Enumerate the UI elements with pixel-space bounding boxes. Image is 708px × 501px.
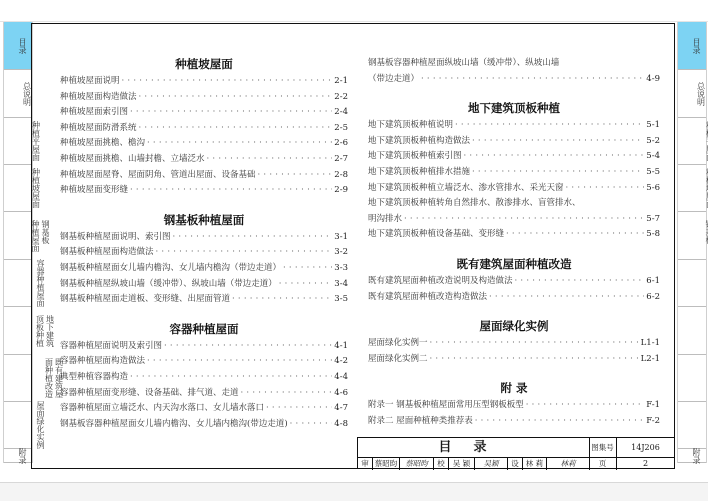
signature-row: 审核 蔡昭昀 蔡昭昀 校对 吴 颖 吴颖 设计 林 莉 林莉	[358, 457, 590, 470]
entry-text: 钢基板容器种植屋面女儿墙内檐沟、女儿墙内檐沟(带边走道)	[60, 417, 288, 433]
toc-entry[interactable]: 种植坡屋面构造做法2-2	[60, 90, 348, 106]
toc-entry[interactable]: 典型种植容器构造4-4	[60, 370, 348, 386]
entry-page: 3-4	[334, 277, 348, 293]
entry-page: 5-8	[646, 227, 660, 243]
check-label: 校对	[434, 457, 449, 470]
entry-page: L2-1	[641, 352, 660, 368]
entry-text: 钢基板种植屋面女儿墙内檐沟、女儿墙内檐沟（带边走道）	[60, 261, 281, 277]
toc-right-column: 钢基板容器种植屋面纵坡山墙（缓冲带）、纵坡山墙 （带边走道） 4-9 地下建筑顶…	[368, 56, 660, 430]
entry-page: 6-2	[646, 290, 660, 306]
entry-text: 地下建筑顶板种植构造做法	[368, 134, 470, 150]
entry-text: 钢基板容器种植屋面纵坡山墙（缓冲带）、纵坡山墙	[368, 56, 559, 72]
entry-page: 3-5	[334, 292, 348, 308]
toc-entry[interactable]: 种植坡屋面说明2-1	[60, 74, 348, 90]
entry-text: 钢基板种植屋面构造做法	[60, 245, 154, 261]
toc-entry[interactable]: 地下建筑顶板种植说明5-1	[368, 118, 660, 134]
entry-text: 容器种植屋面说明及索引图	[60, 339, 162, 355]
top-margin	[0, 0, 708, 22]
toc-entry[interactable]: 种植坡屋面挑檐、山墙封檐、立墙泛水2-7	[60, 152, 348, 168]
entry-text: 地下建筑顶板种植设备基础、变形缝	[368, 227, 504, 243]
leader-dots	[283, 261, 332, 277]
side-tab-general[interactable]: 总说明	[678, 70, 706, 118]
entry-text: 附录二 屋面种植种类推荐表	[368, 414, 473, 430]
entry-text: 种植坡屋面构造做法	[60, 90, 137, 106]
side-tab-examples[interactable]: 屋面绿化实例	[678, 402, 706, 449]
side-tab-contents[interactable]: 目录	[678, 22, 706, 70]
toc-entry[interactable]: 种植坡屋面挑檐、檐沟2-6	[60, 136, 348, 152]
bottom-margin	[0, 482, 708, 501]
entry-page: 2-4	[334, 105, 348, 121]
leader-dots	[506, 227, 644, 243]
entry-text: 地下建筑顶板种植立墙泛水、渗水管排水、采光天窗	[368, 181, 564, 197]
entry-text: 容器种植屋面构造做法	[60, 354, 145, 370]
entry-page: 5-6	[646, 181, 660, 197]
entry-page: F-1	[646, 398, 660, 414]
checker-name: 吴 颖	[449, 457, 475, 470]
leader-dots	[130, 105, 332, 121]
toc-entry[interactable]: 钢基板容器种植屋面女儿墙内檐沟、女儿墙内檐沟(带边走道)4-8	[60, 417, 348, 433]
side-tab-label: 附录	[692, 448, 701, 464]
entry-text: 容器种植屋面变形缝、设备基础、排气道、走道	[60, 386, 239, 402]
entry-text: 屋面绿化实例二	[368, 352, 428, 368]
design-label: 设计	[508, 457, 523, 470]
entry-text: 典型种植容器构造	[60, 370, 128, 386]
section-title: 地下建筑顶板种植	[368, 100, 660, 116]
side-tab-general[interactable]: 总说明	[4, 70, 32, 118]
toc-entry[interactable]: 附录二 屋面种植种类推荐表F-2	[368, 414, 660, 430]
entry-page: 4-7	[334, 401, 348, 417]
entry-text: 钢基板种植屋面走道板、变形缝、出屋面管道	[60, 292, 230, 308]
leader-dots	[464, 149, 645, 165]
entry-text: 地下建筑顶板种植索引图	[368, 149, 462, 165]
toc-entry[interactable]: 地下建筑顶板种植构造做法5-2	[368, 134, 660, 150]
leader-dots	[455, 118, 644, 134]
entry-page: 2-5	[334, 121, 348, 137]
leader-dots	[139, 121, 333, 137]
leader-dots	[489, 290, 644, 306]
checker-signature: 吴颖	[475, 457, 508, 470]
leader-dots	[139, 90, 333, 106]
leader-dots	[472, 165, 644, 181]
section-title: 容器种植屋面	[60, 321, 348, 337]
leader-dots	[147, 354, 332, 370]
section-title: 附 录	[368, 380, 660, 396]
side-tab-label: 目录	[692, 38, 701, 54]
entry-page: 4-4	[334, 370, 348, 386]
entry-page: 5-5	[646, 165, 660, 181]
leader-dots	[290, 417, 333, 433]
left-tab-strip: 目录总说明种植平屋面种植坡屋面钢基板种植屋面容器种植屋面地下建筑顶板种植既有建筑…	[3, 22, 33, 463]
side-tab-label: 总说明	[697, 82, 706, 106]
leader-dots	[472, 134, 644, 150]
leader-dots	[122, 74, 333, 90]
title-block: 目录 审核 蔡昭昀 蔡昭昀 校对 吴 颖 吴颖 设计 林 莉 林莉 图集号 14…	[357, 437, 675, 469]
toc-entry[interactable]: 地下建筑顶板种植排水措施5-5	[368, 165, 660, 181]
entry-page: 2-9	[334, 183, 348, 199]
toc-entry[interactable]: 既有建筑屋面种植改造说明及构造做法6-1	[368, 274, 660, 290]
section-title: 种植坡屋面	[60, 56, 348, 72]
designer-signature: 林莉	[547, 457, 589, 470]
side-tab-flat-roof[interactable]: 种植平屋面	[678, 118, 706, 165]
toc-entry[interactable]: 明沟排水5-7	[368, 212, 660, 228]
atlas-number-label: 图集号	[589, 438, 617, 458]
entry-page: 4-6	[334, 386, 348, 402]
side-tab-contents[interactable]: 目录	[4, 22, 32, 70]
reviewer-signature: 蔡昭昀	[400, 457, 434, 470]
entry-page: 3-3	[334, 261, 348, 277]
side-tab-label: 附录	[18, 448, 27, 464]
entry-text: 地下建筑顶板种植转角自然排水、散渗排水、盲管排水、	[368, 196, 581, 212]
leader-dots	[147, 136, 332, 152]
leader-dots	[515, 274, 645, 290]
leader-dots	[404, 212, 644, 228]
sheet-title: 目录	[358, 438, 590, 458]
entry-page: 5-1	[646, 118, 660, 134]
toc-entry[interactable]: 屋面绿化实例二L2-1	[368, 352, 660, 368]
entry-text: 既有建筑屋面种植改造构造做法	[368, 290, 487, 306]
side-tab-examples[interactable]: 屋面绿化实例	[4, 402, 32, 449]
entry-text: 种植坡屋面挑檐、檐沟	[60, 136, 145, 152]
entry-page: 4-9	[646, 72, 660, 88]
toc-entry[interactable]: 既有建筑屋面种植改造构造做法6-2	[368, 290, 660, 306]
entry-page: F-2	[646, 414, 660, 430]
leader-dots	[241, 386, 333, 402]
entry-text: 既有建筑屋面种植改造说明及构造做法	[368, 274, 513, 290]
entry-page: 5-4	[646, 149, 660, 165]
side-tab-appendix[interactable]: 附录	[4, 449, 32, 463]
toc-entry[interactable]: 钢基板种植屋纵坡山墙（缓冲带）、纵坡山墙（带边走道）3-4	[60, 277, 348, 293]
section-title: 钢基板种植屋面	[60, 212, 348, 228]
entry-text: 地下建筑顶板种植排水措施	[368, 165, 470, 181]
entry-text: 容器种植屋面立墙泛水、内天沟水落口、女儿墙水落口	[60, 401, 264, 417]
toc-entry[interactable]: 钢基板种植屋面构造做法3-2	[60, 245, 348, 261]
entry-page: 3-1	[334, 230, 348, 246]
entry-text: 种植坡屋面说明	[60, 74, 120, 90]
reviewer-name: 蔡昭昀	[373, 457, 400, 470]
toc-entry[interactable]: 容器种植屋面说明及索引图4-1	[60, 339, 348, 355]
toc-entry[interactable]: 种植坡屋面索引图2-4	[60, 105, 348, 121]
entry-text: 地下建筑顶板种植说明	[368, 118, 453, 134]
entry-text: 屋面绿化实例一	[368, 336, 428, 352]
entry-page: 3-2	[334, 245, 348, 261]
toc-entry[interactable]: 种植坡屋面屋脊、屋面阴角、管道出屋面、设备基础2-8	[60, 168, 348, 184]
toc-entry[interactable]: 钢基板种植屋面走道板、变形缝、出屋面管道3-5	[60, 292, 348, 308]
toc-entry-continued-line2[interactable]: （带边走道） 4-9	[368, 72, 660, 88]
toc-left-column: 种植坡屋面种植坡屋面说明2-1种植坡屋面构造做法2-2种植坡屋面索引图2-4种植…	[60, 56, 348, 432]
leader-dots	[164, 339, 332, 355]
toc-entry[interactable]: 钢基板种植屋面说明、索引图3-1	[60, 230, 348, 246]
side-tab-retrofit[interactable]: 既有建筑屋面种植改造	[4, 355, 32, 402]
leader-dots	[279, 277, 333, 293]
entry-page: 5-2	[646, 134, 660, 150]
toc-entry[interactable]: 屋面绿化实例一L1-1	[368, 336, 660, 352]
leader-dots	[475, 414, 644, 430]
entry-text: 种植坡屋面屋脊、屋面阴角、管道出屋面、设备基础	[60, 168, 256, 184]
page-number: 2	[616, 457, 675, 470]
entry-text: 种植坡屋面变形缝	[60, 183, 128, 199]
leader-dots	[207, 152, 333, 168]
designer-name: 林 莉	[523, 457, 547, 470]
leader-dots	[130, 370, 332, 386]
entry-page: 2-2	[334, 90, 348, 106]
toc-entry-continued[interactable]: 钢基板容器种植屋面纵坡山墙（缓冲带）、纵坡山墙	[368, 56, 660, 72]
entry-text: 附录一 钢基板种植屋面常用压型钢板板型	[368, 398, 524, 414]
side-tab-steel-roof[interactable]: 钢基板种植屋面	[4, 212, 32, 260]
side-tab-underground[interactable]: 地下建筑顶板种植	[4, 307, 32, 355]
entry-text: 种植坡屋面防滑系统	[60, 121, 137, 137]
entry-page: L1-1	[641, 336, 660, 352]
entry-text: 种植坡屋面索引图	[60, 105, 128, 121]
page-label: 页	[589, 457, 617, 470]
entry-page: 5-7	[646, 212, 660, 228]
side-tab-container-roof[interactable]: 容器种植屋面	[678, 260, 706, 307]
toc-entry[interactable]: 容器种植屋面构造做法4-2	[60, 354, 348, 370]
leader-dots	[130, 183, 332, 199]
entry-page: 2-6	[334, 136, 348, 152]
side-tab-flat-roof[interactable]: 种植平屋面	[4, 118, 32, 165]
toc-entry[interactable]: 种植坡屋面变形缝2-9	[60, 183, 348, 199]
side-tab-steel-roof[interactable]: 种植屋面钢基板	[678, 212, 706, 260]
atlas-number: 14J206	[616, 438, 675, 458]
toc-entry[interactable]: 钢基板种植屋面女儿墙内檐沟、女儿墙内檐沟（带边走道）3-3	[60, 261, 348, 277]
entry-page: 2-1	[334, 74, 348, 90]
section-title: 屋面绿化实例	[368, 318, 660, 334]
entry-page: 2-7	[334, 152, 348, 168]
side-tab-slope-roof[interactable]: 种植坡屋面	[4, 165, 32, 212]
entry-text: 种植坡屋面挑檐、山墙封檐、立墙泛水	[60, 152, 205, 168]
toc-entry[interactable]: 容器种植屋面变形缝、设备基础、排气道、走道4-6	[60, 386, 348, 402]
right-tab-strip: 目录总说明种植平屋面种植坡屋面种植屋面钢基板容器种植屋面顶板种植地下建筑面种植改…	[677, 22, 707, 463]
leader-dots	[430, 336, 639, 352]
entry-page: 6-1	[646, 274, 660, 290]
section-title: 既有建筑屋面种植改造	[368, 256, 660, 272]
toc-entry[interactable]: 附录一 钢基板种植屋面常用压型钢板板型F-1	[368, 398, 660, 414]
leader-dots	[430, 352, 639, 368]
leader-dots	[258, 168, 333, 184]
entry-page: 4-2	[334, 354, 348, 370]
toc-entry[interactable]: 地下建筑顶板种植设备基础、变形缝5-8	[368, 227, 660, 243]
side-tab-appendix[interactable]: 附录	[678, 449, 706, 463]
entry-page: 4-8	[334, 417, 348, 433]
leader-dots	[526, 398, 644, 414]
review-label: 审核	[358, 457, 373, 470]
entry-page: 4-1	[334, 339, 348, 355]
leader-dots	[266, 401, 332, 417]
side-tab-container-roof[interactable]: 容器种植屋面	[4, 260, 32, 307]
leader-dots	[156, 245, 333, 261]
entry-text: 明沟排水	[368, 212, 402, 228]
leader-dots	[421, 72, 644, 88]
entry-text: 钢基板种植屋面说明、索引图	[60, 230, 171, 246]
toc-entry[interactable]: 地下建筑顶板种植转角自然排水、散渗排水、盲管排水、	[368, 196, 660, 212]
entry-text: 钢基板种植屋纵坡山墙（缓冲带）、纵坡山墙（带边走道）	[60, 277, 277, 293]
toc-entry[interactable]: 种植坡屋面防滑系统2-5	[60, 121, 348, 137]
side-tab-label: 目录	[18, 38, 27, 54]
side-tab-underground[interactable]: 顶板种植地下建筑	[678, 307, 706, 355]
toc-entry[interactable]: 地下建筑顶板种植立墙泛水、渗水管排水、采光天窗5-6	[368, 181, 660, 197]
leader-dots	[232, 292, 332, 308]
side-tab-retrofit[interactable]: 面种植改造既有建筑屋	[678, 355, 706, 402]
leader-dots	[566, 181, 645, 197]
toc-entry[interactable]: 容器种植屋面立墙泛水、内天沟水落口、女儿墙水落口4-7	[60, 401, 348, 417]
toc-entry[interactable]: 地下建筑顶板种植索引图5-4	[368, 149, 660, 165]
entry-page: 2-8	[334, 168, 348, 184]
leader-dots	[173, 230, 333, 246]
side-tab-slope-roof[interactable]: 种植坡屋面	[678, 165, 706, 212]
entry-text: （带边走道）	[368, 72, 419, 88]
